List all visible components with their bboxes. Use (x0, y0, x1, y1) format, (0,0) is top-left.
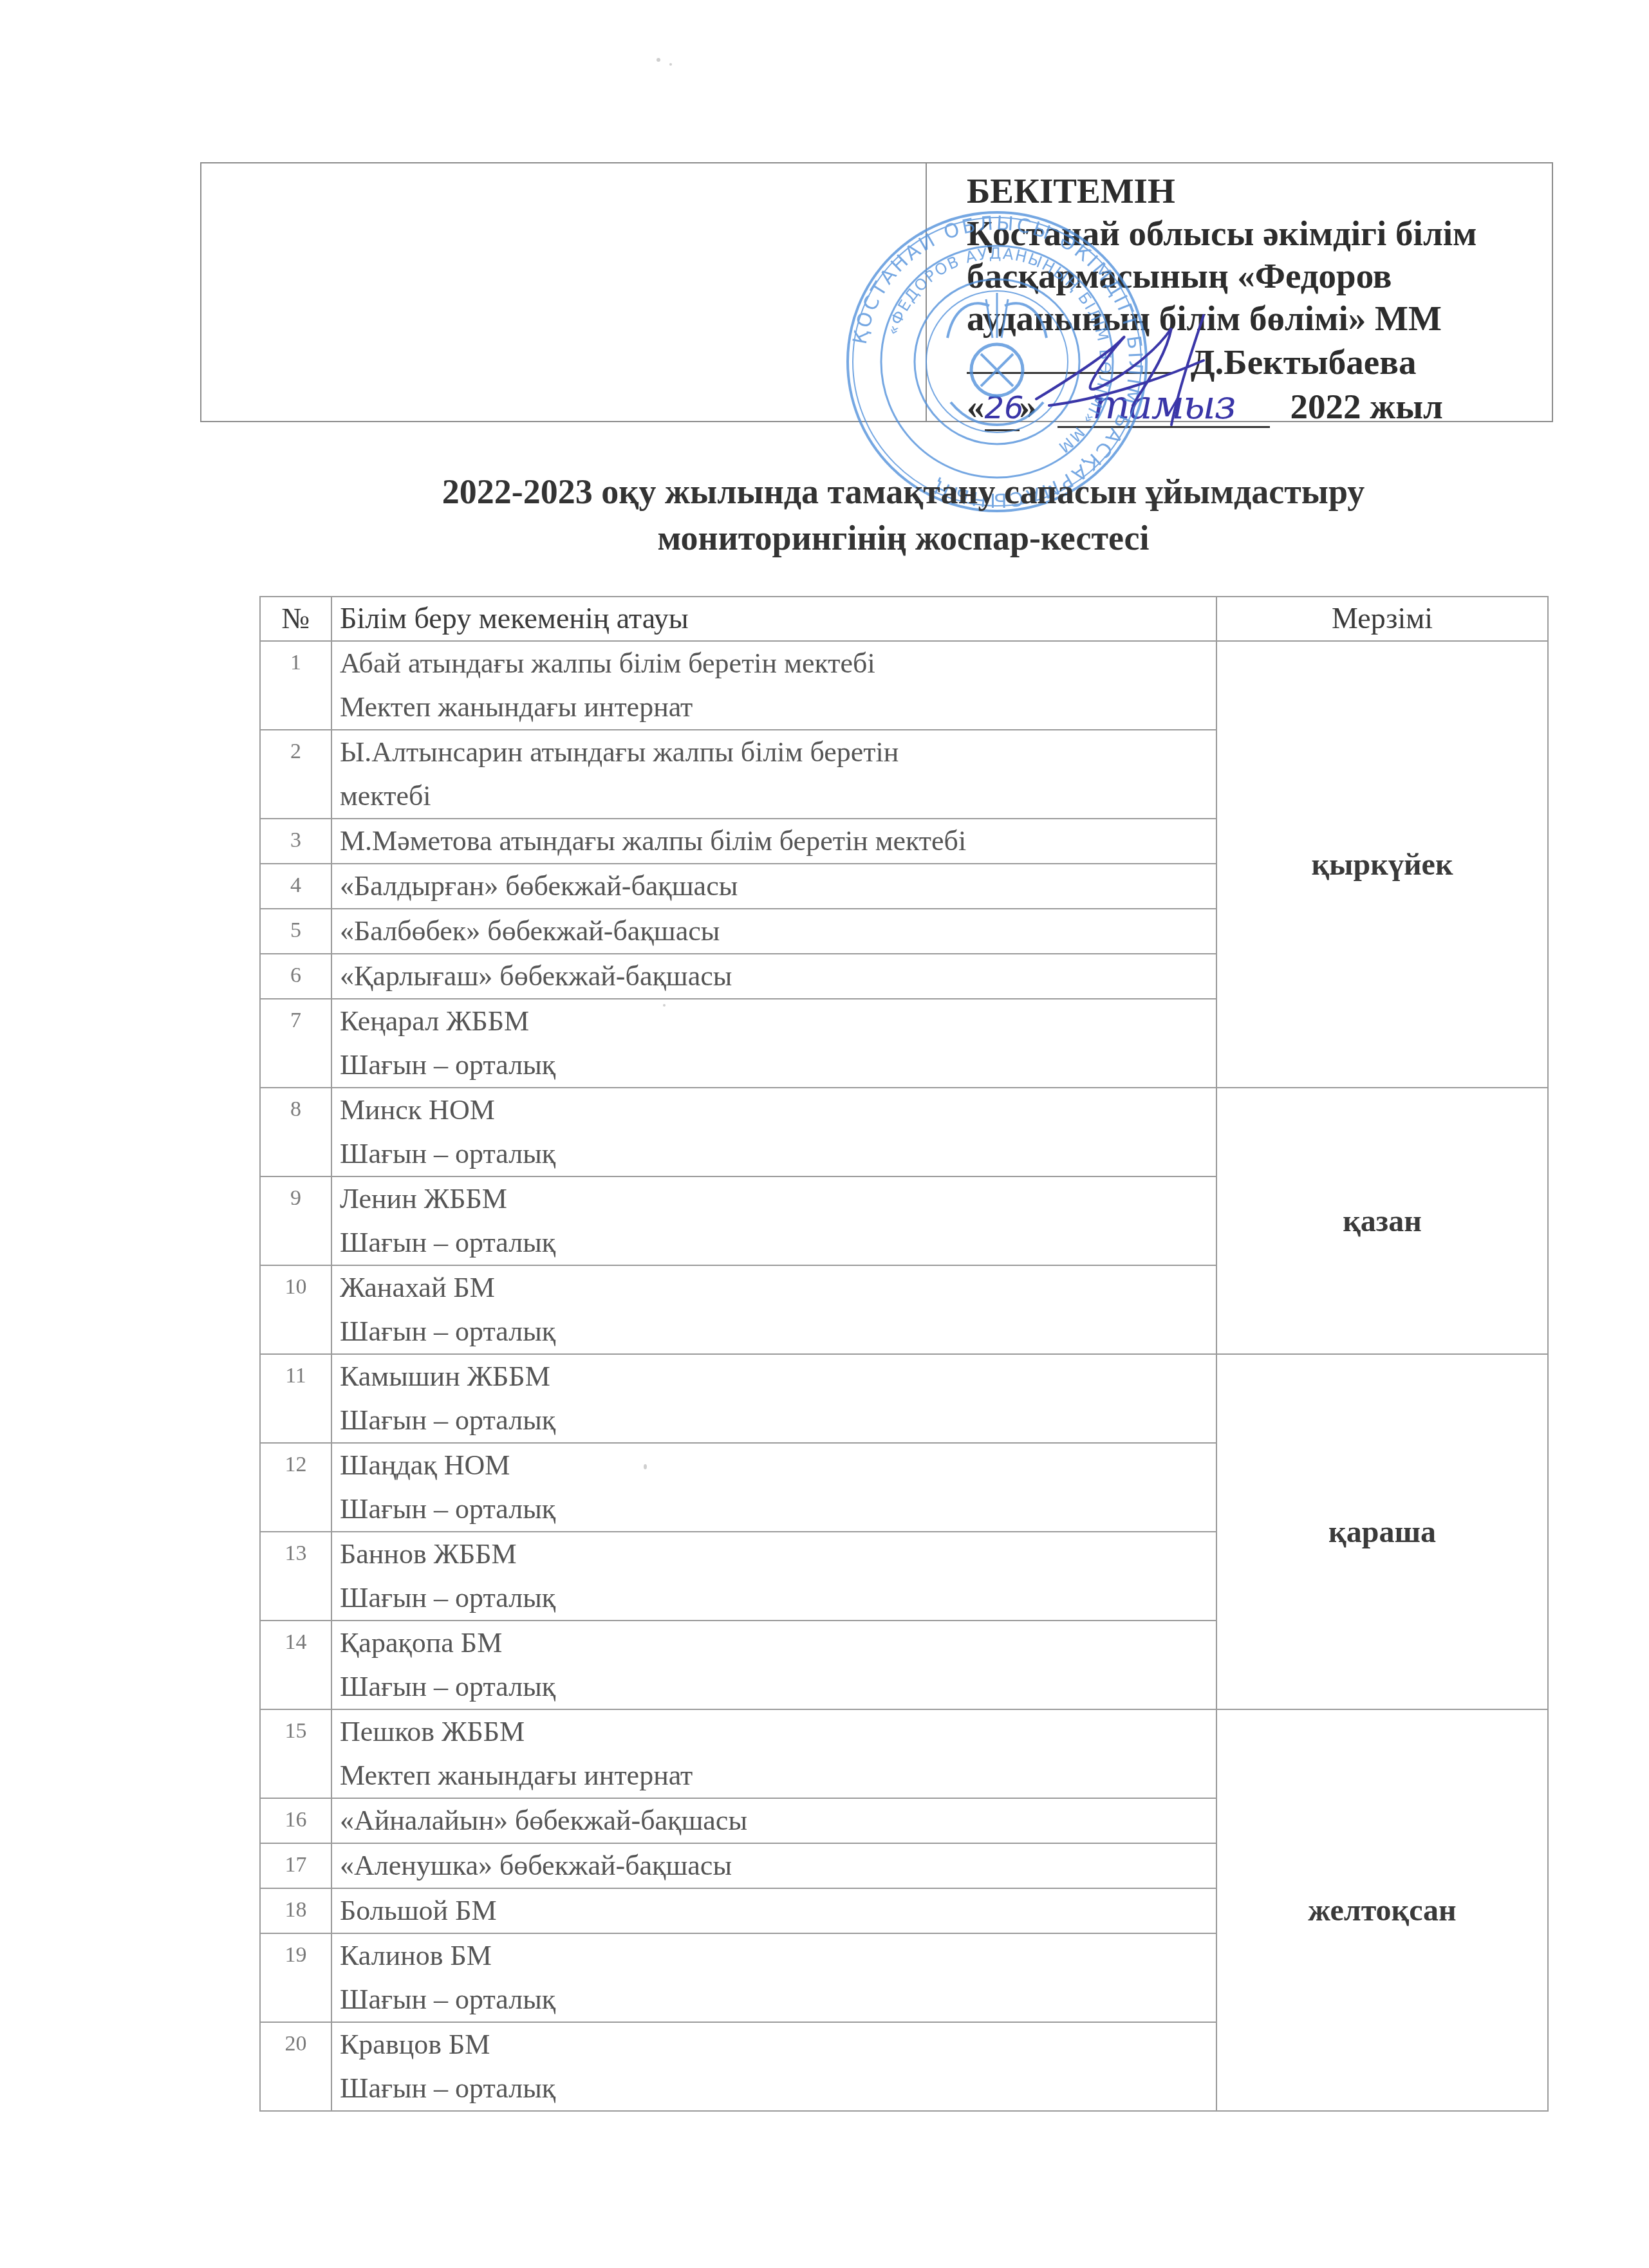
institution-subtitle-line: Мектеп жанындағы интернат (340, 685, 1216, 729)
institution-name: «Қарлығаш» бөбекжай-бақшасы (331, 954, 1216, 999)
date-year: 2022 жыл (1290, 387, 1443, 426)
institution-name: «Балдырған» бөбекжай-бақшасы (331, 864, 1216, 909)
institution-name-line: Қарақопа БМ (340, 1621, 1216, 1665)
table-row: 11Камышин ЖББМШағын – орталыққараша (260, 1354, 1548, 1443)
institution-name: Большой БМ (331, 1888, 1216, 1933)
signature-blank (967, 340, 1173, 374)
institution-subtitle-line: Шағын – орталық (340, 1132, 1216, 1176)
institution-name: Кравцов БМШағын – орталық (331, 2022, 1216, 2111)
row-number: 19 (260, 1933, 331, 2022)
date-day-handwritten: 26 (985, 387, 1020, 431)
date-day-field: «26» (967, 386, 1037, 431)
institution-name-line: Кеңарал ЖББМ (340, 999, 1216, 1043)
institution-name-line: «Айналайын» бөбекжай-бақшасы (340, 1799, 1216, 1843)
institution-name: «Балбөбек» бөбекжай-бақшасы (331, 909, 1216, 954)
institution-name: Ы.Алтынсарин атындағы жалпы білім береті… (331, 730, 1216, 819)
institution-name-line: Ы.Алтынсарин атындағы жалпы білім береті… (340, 730, 1216, 774)
institution-subtitle-line: Шағын – орталық (340, 1665, 1216, 1709)
row-number: 8 (260, 1088, 331, 1176)
institution-name-line: Большой БМ (340, 1889, 1216, 1933)
term-month: қазан (1216, 1088, 1548, 1354)
term-month: қыркүйек (1216, 641, 1548, 1088)
institution-subtitle-line: Шағын – орталық (340, 1043, 1216, 1087)
institution-name: Калинов БМШағын – орталық (331, 1933, 1216, 2022)
institution-name-line: Баннов ЖББМ (340, 1532, 1216, 1576)
institution-name-line: Калинов БМ (340, 1934, 1216, 1978)
institution-name-line: Кравцов БМ (340, 2023, 1216, 2067)
table-body: 1Абай атындағы жалпы білім беретін мекте… (260, 641, 1548, 2111)
term-month: қараша (1216, 1354, 1548, 1709)
institution-name: Минск НОМШағын – орталық (331, 1088, 1216, 1176)
institution-name-line: «Қарлығаш» бөбекжай-бақшасы (340, 954, 1216, 998)
row-number: 1 (260, 641, 331, 730)
approval-block: БЕКІТЕМІН Қостанай облысы әкімдігі білім… (967, 170, 1546, 431)
institution-name: «Айналайын» бөбекжай-бақшасы (331, 1798, 1216, 1843)
institution-name: Жанахай БМШағын – орталық (331, 1265, 1216, 1354)
row-number: 3 (260, 819, 331, 864)
institution-name: Шаңдақ НОМШағын – орталық (331, 1443, 1216, 1532)
institution-name: Баннов ЖББМШағын – орталық (331, 1532, 1216, 1621)
institution-subtitle-line: Шағын – орталық (340, 2067, 1216, 2110)
institution-subtitle-line: Шағын – орталық (340, 1487, 1216, 1531)
row-number: 13 (260, 1532, 331, 1621)
institution-name-line: Ленин ЖББМ (340, 1177, 1216, 1221)
institution-subtitle-line: Шағын – орталық (340, 1399, 1216, 1442)
row-number: 18 (260, 1888, 331, 1933)
institution-name: Абай атындағы жалпы білім беретін мектеб… (331, 641, 1216, 730)
institution-name-line: «Балбөбек» бөбекжай-бақшасы (340, 909, 1216, 953)
row-number: 2 (260, 730, 331, 819)
date-month-handwritten: тамыз (1057, 384, 1270, 428)
institution-subtitle-line: Шағын – орталық (340, 1978, 1216, 2022)
approval-org-line-2: басқармасының «Федоров (967, 255, 1546, 297)
column-header-institution: Білім беру мекеменің атауы (331, 597, 1216, 641)
close-quote: » (1020, 387, 1038, 426)
table-header-row: № Білім беру мекеменің атауы Мерзімі (260, 597, 1548, 641)
institution-name: Камышин ЖББМШағын – орталық (331, 1354, 1216, 1443)
document-title-line-1: 2022-2023 оқу жылында тамақтану сапасын … (259, 469, 1547, 515)
row-number: 12 (260, 1443, 331, 1532)
institution-name: Қарақопа БМШағын – орталық (331, 1621, 1216, 1709)
institution-subtitle-line: Шағын – орталық (340, 1576, 1216, 1620)
institution-name-line: Абай атындағы жалпы білім беретін мектеб… (340, 642, 1216, 685)
institution-name-line: М.Мәметова атындағы жалпы білім беретін … (340, 819, 1216, 863)
row-number: 6 (260, 954, 331, 999)
approval-date-row: «26» тамыз 2022 жыл (967, 384, 1546, 431)
institution-subtitle-line: мектебі (340, 774, 1216, 818)
row-number: 15 (260, 1709, 331, 1798)
institution-name: М.Мәметова атындағы жалпы білім беретін … (331, 819, 1216, 864)
institution-name-line: «Аленушка» бөбекжай-бақшасы (340, 1844, 1216, 1888)
table-row: 8Минск НОМШағын – орталыққазан (260, 1088, 1548, 1176)
row-number: 17 (260, 1843, 331, 1888)
document-title: 2022-2023 оқу жылында тамақтану сапасын … (259, 469, 1547, 561)
table-row: 1Абай атындағы жалпы білім беретін мекте… (260, 641, 1548, 730)
institution-name: Ленин ЖББМШағын – орталық (331, 1176, 1216, 1265)
row-number: 14 (260, 1621, 331, 1709)
row-number: 4 (260, 864, 331, 909)
approval-org-line-3: ауданының білім бөлімі» ММ (967, 297, 1546, 340)
approval-org-line-1: Қостанай облысы әкімдігі білім (967, 212, 1546, 255)
signature-row: Д.Бектыбаева (967, 340, 1546, 384)
column-header-term: Мерзімі (1216, 597, 1548, 641)
institution-subtitle-line: Шағын – орталық (340, 1310, 1216, 1353)
monitoring-schedule-table: № Білім беру мекеменің атауы Мерзімі 1Аб… (259, 596, 1549, 2112)
table-row: 15Пешков ЖББММектеп жанындағы интернатже… (260, 1709, 1548, 1798)
row-number: 16 (260, 1798, 331, 1843)
scan-speck (657, 58, 660, 62)
approval-heading: БЕКІТЕМІН (967, 170, 1546, 212)
open-quote: « (967, 387, 985, 426)
institution-name: Кеңарал ЖББМШағын – орталық (331, 999, 1216, 1088)
institution-name: Пешков ЖББММектеп жанындағы интернат (331, 1709, 1216, 1798)
institution-name-line: Камышин ЖББМ (340, 1355, 1216, 1399)
row-number: 7 (260, 999, 331, 1088)
institution-name-line: Пешков ЖББМ (340, 1710, 1216, 1754)
term-month: желтоқсан (1216, 1709, 1548, 2111)
row-number: 11 (260, 1354, 331, 1443)
approval-box-divider (926, 163, 927, 421)
row-number: 10 (260, 1265, 331, 1354)
document-title-line-2: мониторингінің жоспар-кестесі (259, 515, 1547, 561)
institution-name-line: «Балдырған» бөбекжай-бақшасы (340, 864, 1216, 908)
row-number: 5 (260, 909, 331, 954)
scan-speck (669, 63, 672, 66)
column-header-number: № (260, 597, 331, 641)
institution-name-line: Минск НОМ (340, 1088, 1216, 1132)
institution-name: «Аленушка» бөбекжай-бақшасы (331, 1843, 1216, 1888)
institution-subtitle-line: Шағын – орталық (340, 1221, 1216, 1265)
approval-box: БЕКІТЕМІН Қостанай облысы әкімдігі білім… (200, 162, 1553, 422)
institution-subtitle-line: Мектеп жанындағы интернат (340, 1754, 1216, 1798)
institution-name-line: Шаңдақ НОМ (340, 1444, 1216, 1487)
institution-name-line: Жанахай БМ (340, 1266, 1216, 1310)
row-number: 9 (260, 1176, 331, 1265)
row-number: 20 (260, 2022, 331, 2111)
signatory-name: Д.Бектыбаева (1191, 342, 1417, 382)
